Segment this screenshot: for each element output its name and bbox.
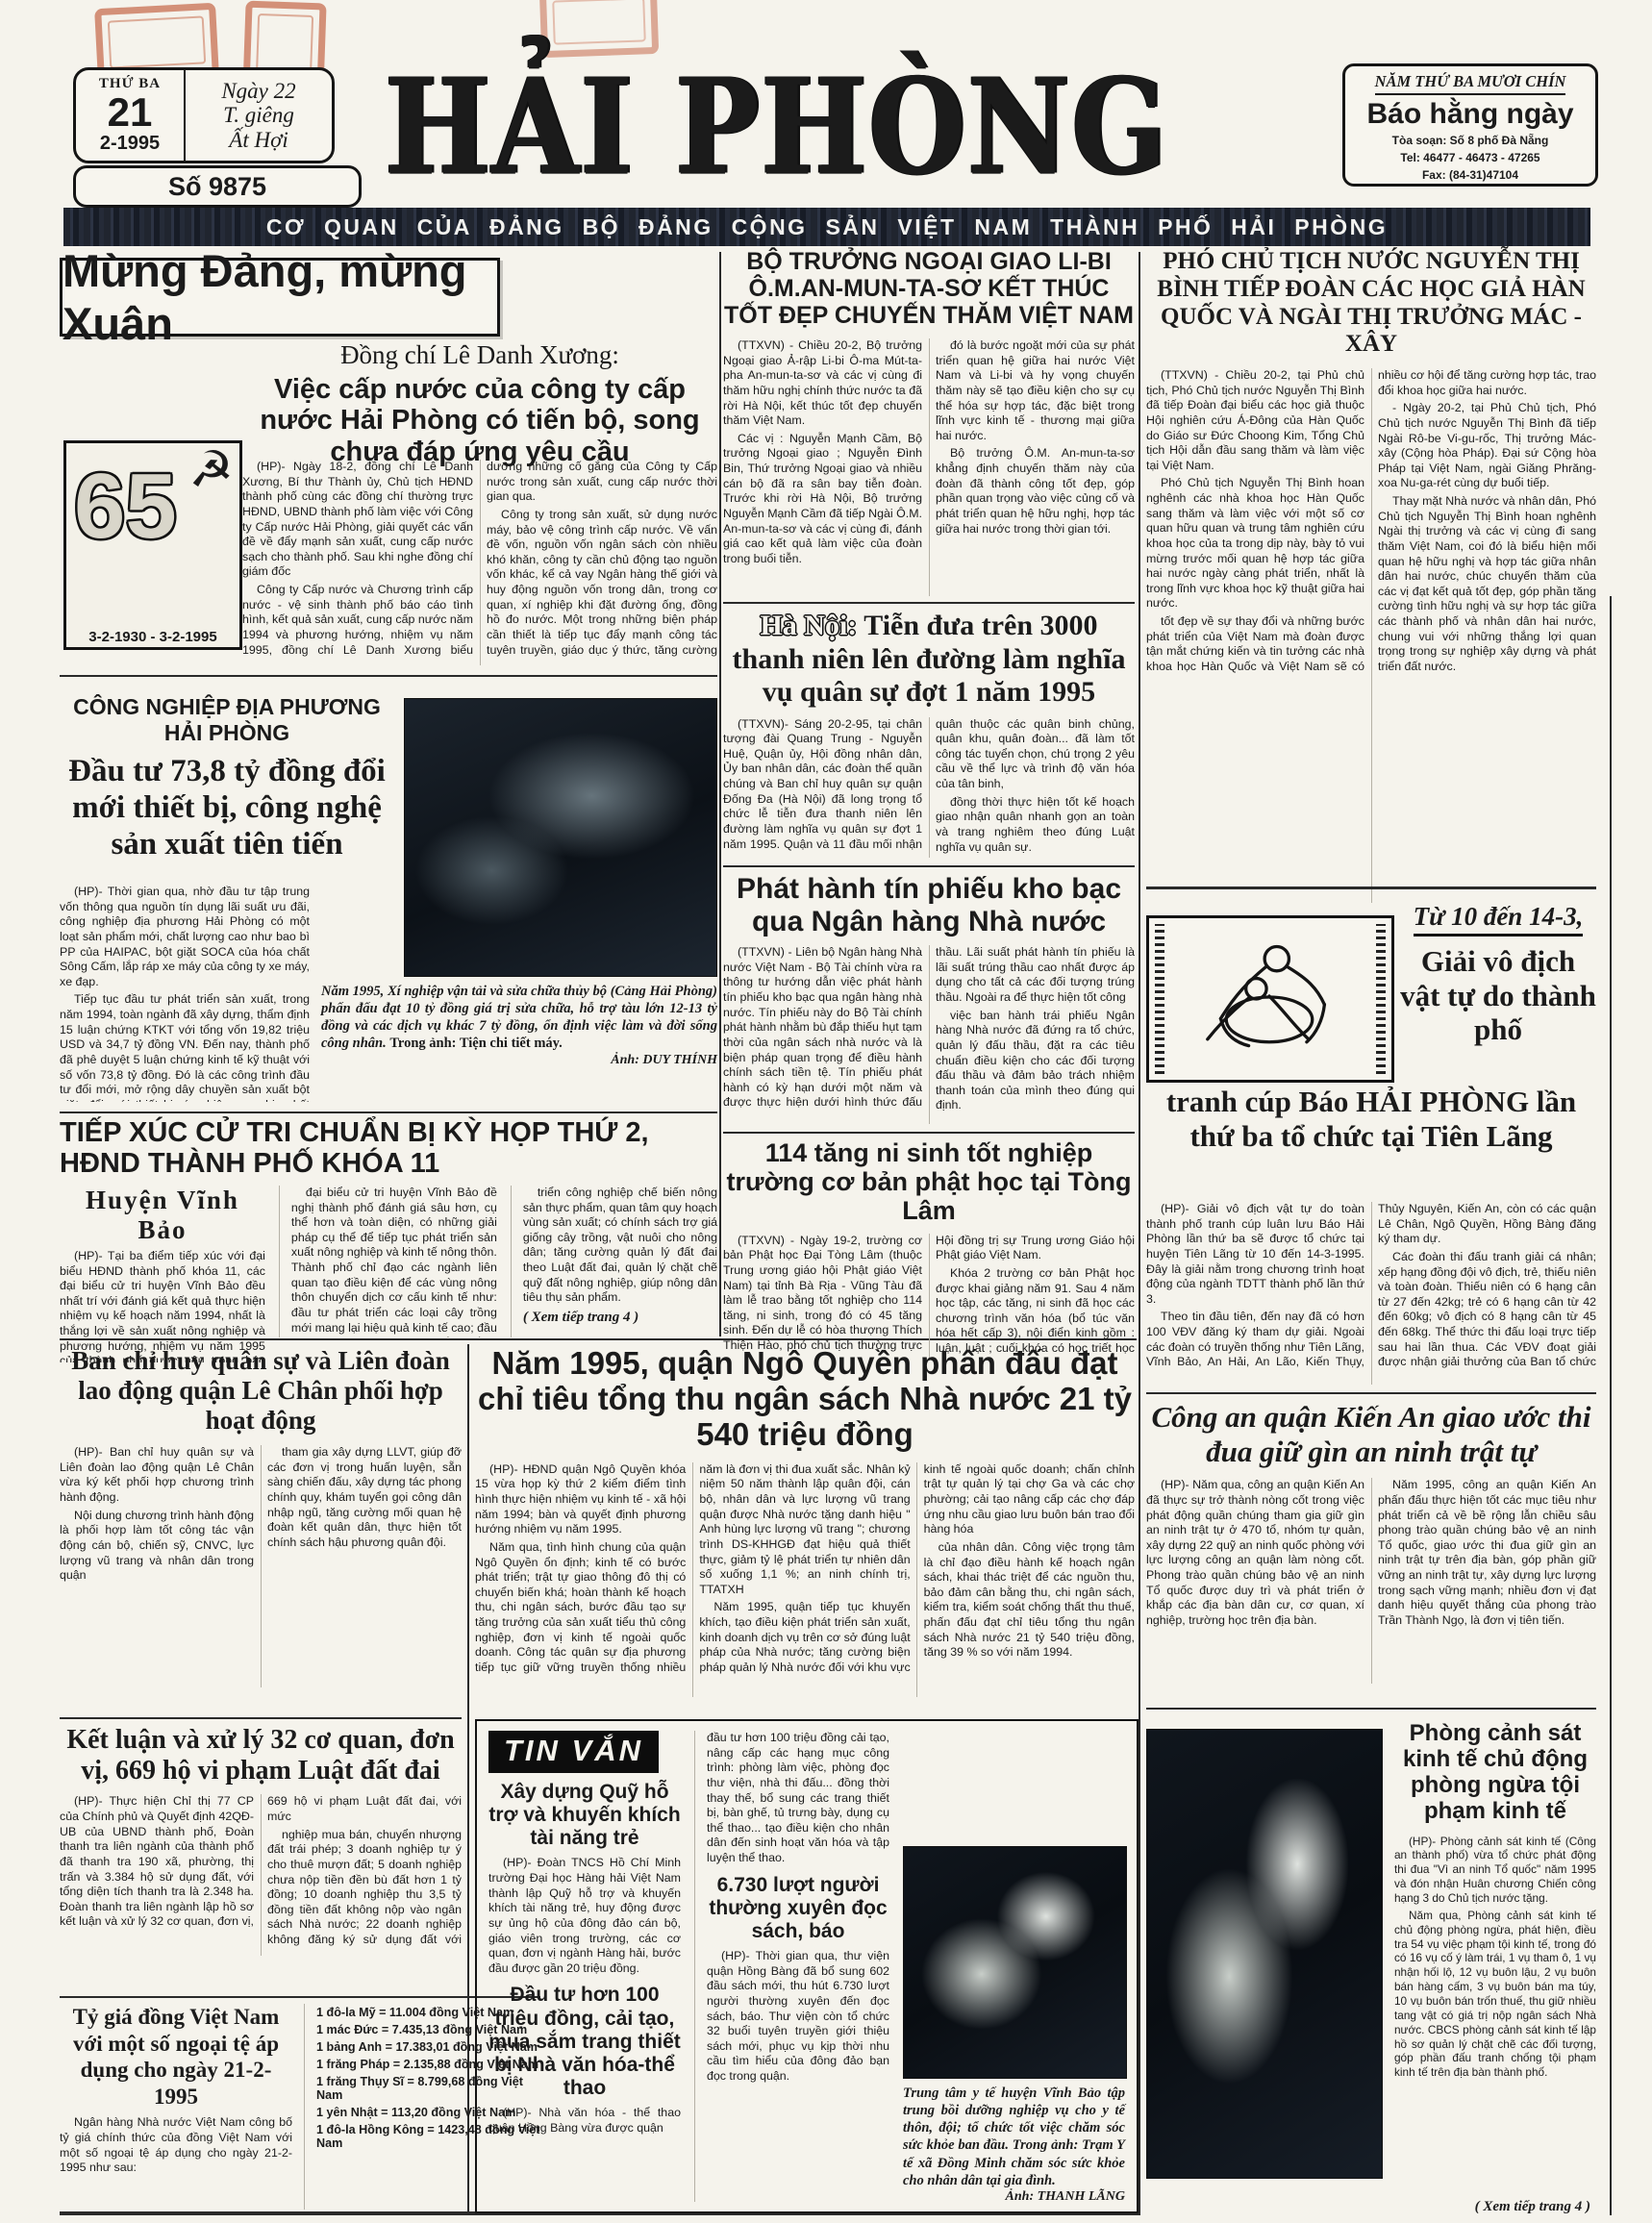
article-buddhist-graduates: 114 tăng ni sinh tốt nghiệp trường cơ bả… bbox=[723, 1138, 1135, 1335]
lunar-line: Ất Hợi bbox=[229, 128, 288, 152]
brief-headline: Xây dựng Quỹ hỗ trợ và khuyến khích tài … bbox=[488, 1781, 681, 1850]
tin-van-label: TIN VẮN bbox=[488, 1731, 659, 1773]
address-line: Tòa soạn: Số 8 phố Đà Nẵng bbox=[1349, 134, 1591, 148]
paragraph: (HP)- Phòng cảnh sát kinh tế (Công an th… bbox=[1394, 1835, 1596, 1906]
article-land-law: Kết luận và xử lý 32 cơ quan, đơn vị, 66… bbox=[60, 1725, 462, 1992]
article-body: (TTXVN) - Liên bộ Ngân hàng Nhà nước Việ… bbox=[723, 945, 1135, 1124]
month-year: 2-1995 bbox=[100, 133, 160, 155]
paragraph: (HP)- Thời gian qua, nhờ đầu tư tập trun… bbox=[60, 885, 310, 989]
police-award-photo bbox=[1146, 1729, 1383, 2179]
headline: BỘ TRƯỞNG NGOẠI GIAO LI-BI Ô.M.AN-MUN-TA… bbox=[723, 248, 1135, 329]
article-body: (HP)- Giải vô địch vật tự do toàn thành … bbox=[1146, 1202, 1596, 1385]
section-rule bbox=[723, 602, 1135, 604]
section-rule bbox=[1146, 1392, 1596, 1394]
paragraph: - Ngày 20-2, tại Phủ Chủ tịch, Phó Chủ t… bbox=[1378, 401, 1596, 491]
article-body: (HP)- Năm qua, công an quận Kiến An đã t… bbox=[1146, 1478, 1596, 1684]
headline-part2: tranh cúp Báo HẢI PHÒNG lần thứ ba tổ ch… bbox=[1146, 1085, 1596, 1153]
article-body: (TTXVN) - Chiều 20-2, tại Phủ chủ tịch, … bbox=[1146, 368, 1596, 903]
paragraph: (HP)- Giải vô địch vật tự do toàn thành … bbox=[1146, 1202, 1364, 1307]
article-body: (HP)- Phòng cảnh sát kinh tế (Công an th… bbox=[1394, 1835, 1596, 2219]
headline-prefix: Hà Nội: bbox=[760, 610, 857, 641]
article-local-industry: CÔNG NGHIỆP ĐỊA PHƯƠNG HẢI PHÒNG Đầu tư … bbox=[60, 685, 717, 1108]
newspaper-front-page: THỨ BA 21 2-1995 Ngày 22 T. giêng Ất Hợi… bbox=[0, 0, 1652, 2223]
headline: Kết luận và xử lý 32 cơ quan, đơn vị, 66… bbox=[60, 1725, 462, 1786]
newspaper-title: HẢI PHÒNG bbox=[385, 50, 1337, 196]
paragraph: (TTXVN) - Chiều 20-2, tại Phủ chủ tịch, … bbox=[1146, 368, 1364, 473]
article-vice-president: PHÓ CHỦ TỊCH NƯỚC NGUYỄN THỊ BÌNH TIẾP Đ… bbox=[1146, 248, 1596, 883]
paragraph: của nhân dân. Công việc trọng tâm là chỉ… bbox=[924, 1540, 1135, 1661]
wrestling-illustration bbox=[1146, 915, 1394, 1083]
section-rule bbox=[60, 675, 717, 677]
paragraph: Tiếp tục đầu tư phát triển sản xuất, tro… bbox=[60, 992, 310, 1102]
brief-headline: 6.730 lượt người thường xuyên đọc sách, … bbox=[707, 1874, 889, 1943]
paragraph: Năm 1995, công an quận Kiến An phấn đấu … bbox=[1378, 1478, 1596, 1628]
fax-line: Fax: (84-31)47104 bbox=[1349, 168, 1591, 183]
badge-number: 65 bbox=[74, 461, 177, 553]
tin-van-box: TIN VẮN Xây dựng Quỹ hỗ trợ và khuyến kh… bbox=[475, 1719, 1139, 2213]
column-rule bbox=[1139, 252, 1140, 2215]
article-body: (TTXVN) - Ngày 19-2, trường cơ bản Phật … bbox=[723, 1234, 1135, 1361]
rates-title: Tỷ giá đồng Việt Nam với một số ngoại tệ… bbox=[60, 2004, 292, 2110]
lunar-line: T. giêng bbox=[223, 103, 294, 127]
column-rule bbox=[719, 252, 721, 1336]
article-body: (HP)- Thực hiện Chỉ thị 77 CP của Chính … bbox=[60, 1794, 462, 1956]
brief-headline: Đầu tư hơn 100 triệu đồng, cải tạo, mua … bbox=[488, 1984, 681, 2100]
article-water-company: Mừng Đảng, mừng Xuân Đồng chí Lê Danh Xư… bbox=[60, 252, 717, 673]
article-voter-meetings: TIẾP XÚC CỬ TRI CHUẨN BỊ KỲ HỌP THỨ 2, H… bbox=[60, 1117, 717, 1336]
paragraph: (HP)- Ban chỉ huy quân sự và Liên đoàn l… bbox=[60, 1445, 254, 1506]
byline: Đồng chí Lê Danh Xương: bbox=[242, 340, 717, 370]
continued-note: ( Xem tiếp trang 4 ) bbox=[523, 1309, 717, 1327]
paragraph: triển công nghiệp chế biến nông sản thực… bbox=[523, 1186, 717, 1306]
paragraph: đầu tư hơn 100 triệu đồng cải tạo, nâng … bbox=[707, 1731, 889, 1866]
headline: TIẾP XÚC CỬ TRI CHUẨN BỊ KỲ HỌP THỨ 2, H… bbox=[60, 1117, 656, 1180]
lunar-line: Ngày 22 bbox=[221, 79, 295, 103]
hammer-sickle-icon: ☭ bbox=[188, 445, 234, 495]
article-kien-an-police: Công an quận Kiến An giao ước thi đua gi… bbox=[1146, 1400, 1596, 1704]
article-le-chan-military: Ban chỉ huy quân sự và Liên đoàn lao độn… bbox=[60, 1346, 462, 1713]
headline-text: Mừng Đảng, mừng Xuân bbox=[63, 244, 497, 350]
article-military-service: Hà Nội: Tiễn đưa trên 3000 thanh niên lê… bbox=[723, 610, 1135, 862]
calendar-lunar: Ngày 22 T. giêng Ất Hợi bbox=[186, 70, 332, 161]
headline: 114 tăng ni sinh tốt nghiệp trường cơ bả… bbox=[723, 1138, 1135, 1226]
headline: Hà Nội: Tiễn đưa trên 3000 thanh niên lê… bbox=[723, 610, 1135, 710]
organ-banner-text: CƠ QUAN CỦA ĐẢNG BỘ ĐẢNG CỘNG SẢN VIỆT N… bbox=[266, 214, 1388, 240]
tin-van-col2: đầu tư hơn 100 triệu đồng cải tạo, nâng … bbox=[694, 1731, 889, 2202]
subheadline: Việc cấp nước của công ty cấp nước Hải P… bbox=[242, 374, 717, 467]
paragraph: (HP)- Ngày 18-2, đồng chí Lê Danh Xương,… bbox=[242, 460, 473, 580]
party-65th-anniversary-badge: 65 ☭ 3-2-1930 - 3-2-1995 bbox=[63, 440, 242, 650]
headline: Phát hành tín phiếu kho bạc qua Ngân hàn… bbox=[723, 873, 1135, 937]
paragraph: (HP)- HĐND quận Ngô Quyền khóa 15 vừa họ… bbox=[475, 1462, 686, 1537]
day-number: 21 bbox=[108, 92, 153, 133]
section-rule bbox=[723, 865, 1135, 867]
paragraph: đại biểu cử tri huyện Vĩnh Bảo đề nghị t… bbox=[291, 1186, 497, 1337]
issue-number: Số 9875 bbox=[168, 172, 266, 202]
headline: Phòng cảnh sát kinh tế chủ động phòng ng… bbox=[1394, 1721, 1596, 1825]
article-treasury-bills: Phát hành tín phiếu kho bạc qua Ngân hàn… bbox=[723, 873, 1135, 1129]
paragraph: Nội dung chương trình hành động là phối … bbox=[60, 1509, 254, 1584]
paragraph: Các vị : Nguyễn Mạnh Cầm, Bộ trưởng Ngoạ… bbox=[723, 432, 922, 567]
paragraph: Thay mặt Nhà nước và nhân dân, Phó Chủ t… bbox=[1378, 494, 1596, 675]
section-rule bbox=[1146, 1708, 1596, 1710]
headline: Ban chỉ huy quân sự và Liên đoàn lao độn… bbox=[60, 1346, 462, 1436]
lathe-worker-photo bbox=[404, 698, 717, 977]
paragraph: Phó Chủ tịch Nguyễn Thị Bình hoan nghênh… bbox=[1146, 476, 1364, 612]
section-rule bbox=[60, 1717, 462, 1719]
section-rule bbox=[723, 1132, 1135, 1134]
paragraph: tham gia xây dựng LLVT, giúp đỡ các đơn … bbox=[267, 1445, 462, 1550]
paragraph: (HP)- Đoàn TNCS Hồ Chí Minh trường Đại h… bbox=[488, 1856, 681, 1976]
masthead-info-box: NĂM THỨ BA MƯƠI CHÍN Báo hằng ngày Tòa s… bbox=[1342, 63, 1598, 187]
headline-part1: Giải vô địch vật tự do thành phố bbox=[1400, 944, 1596, 1047]
health-station-photo bbox=[903, 1846, 1127, 2079]
photo-caption: Năm 1995, Xí nghiệp vận tải và sửa chữa … bbox=[321, 983, 717, 1053]
issue-number-box: Số 9875 bbox=[73, 165, 362, 208]
subheadline: Huyện Vĩnh Bảo bbox=[60, 1186, 265, 1245]
continued-note: ( Xem tiếp trang 4 ) bbox=[1475, 2199, 1590, 2215]
paragraph: (HP)- Nhà văn hóa - thể thao quận Hồng B… bbox=[488, 2106, 681, 2136]
section-rule bbox=[1146, 887, 1596, 889]
tin-van-col1: TIN VẮN Xây dựng Quỹ hỗ trợ và khuyến kh… bbox=[488, 1731, 681, 2202]
headline: Năm 1995, quận Ngô Quyền phấn đấu đạt ch… bbox=[475, 1346, 1135, 1453]
caption-note: Trong ảnh: Tiện chi tiết máy. bbox=[389, 1036, 562, 1051]
section-rule bbox=[60, 1111, 717, 1113]
photo-credit: Ảnh: DUY THÍNH bbox=[321, 1053, 717, 1068]
article-body: (HP)- HĐND quận Ngô Quyền khóa 15 vừa họ… bbox=[475, 1462, 1135, 1697]
exchange-rates: Tỷ giá đồng Việt Nam với một số ngoại tệ… bbox=[60, 2004, 540, 2210]
article-economic-police: Phòng cảnh sát kinh tế chủ động phòng ng… bbox=[1146, 1715, 1596, 2215]
article-wrestling-cup: Từ 10 đến 14-3, Giải vô địch vật tự do t… bbox=[1146, 894, 1596, 1388]
paragraph: đồng thời thực hiện tốt kế hoạch giao nh… bbox=[936, 795, 1135, 856]
organ-banner: CƠ QUAN CỦA ĐẢNG BỘ ĐẢNG CỘNG SẢN VIỆT N… bbox=[63, 208, 1590, 246]
headline: Công an quận Kiến An giao ước thi đua gi… bbox=[1146, 1400, 1596, 1468]
badge-dates: 3-2-1930 - 3-2-1995 bbox=[66, 629, 239, 645]
paragraph: (HP)- Năm qua, công an quận Kiến An đã t… bbox=[1146, 1478, 1364, 1628]
daily-label: Báo hằng ngày bbox=[1349, 98, 1591, 131]
article-body: (HP)- Ngày 18-2, đồng chí Lê Danh Xương,… bbox=[242, 460, 717, 665]
article-ngo-quyen-budget: Năm 1995, quận Ngô Quyền phấn đấu đạt ch… bbox=[475, 1346, 1135, 1713]
paragraph: việc ban hành trái phiếu Ngân hàng Nhà n… bbox=[936, 1009, 1135, 1113]
kicker: CÔNG NGHIỆP ĐỊA PHƯƠNG HẢI PHÒNG bbox=[60, 694, 394, 746]
headline: Đầu tư 73,8 tỷ đồng đổi mới thiết bị, cô… bbox=[60, 754, 394, 863]
photo-credit: Ảnh: THANH LÃNG bbox=[903, 2189, 1125, 2205]
headline-mung-dang: Mừng Đảng, mừng Xuân bbox=[60, 258, 500, 337]
article-body: (HP)- Thời gian qua, nhờ đầu tư tập trun… bbox=[60, 885, 310, 1102]
calendar-solar: THỨ BA 21 2-1995 bbox=[76, 70, 186, 161]
section-rule bbox=[60, 1996, 540, 1998]
paragraph: (TTXVN) - Chiều 20-2, Bộ trưởng Ngoại gi… bbox=[723, 338, 922, 429]
article-body: (TTXVN) - Chiều 20-2, Bộ trưởng Ngoại gi… bbox=[723, 338, 1135, 596]
paragraph: Năm qua, Phòng cảnh sát kinh tế chủ động… bbox=[1394, 1909, 1596, 2080]
paragraph: (HP)- Thời gian qua, thư viện quận Hồng … bbox=[707, 1949, 889, 2085]
paragraph: Bộ trưởng Ô.M. An-mun-ta-sơ khẳng định c… bbox=[936, 446, 1135, 537]
article-libya-minister: BỘ TRƯỞNG NGOẠI GIAO LI-BI Ô.M.AN-MUN-TA… bbox=[723, 248, 1135, 600]
tin-van-photo-area: Trung tâm y tế huyện Vĩnh Bảo tập trung … bbox=[903, 1731, 1125, 2202]
rates-intro: Ngân hàng Nhà nước Việt Nam công bố tỷ g… bbox=[60, 2115, 292, 2176]
tel-line: Tel: 46477 - 46473 - 47265 bbox=[1349, 151, 1591, 165]
calendar-box: THỨ BA 21 2-1995 Ngày 22 T. giêng Ất Hợi bbox=[73, 67, 335, 163]
headline: PHÓ CHỦ TỊCH NƯỚC NGUYỄN THỊ BÌNH TIẾP Đ… bbox=[1146, 248, 1596, 359]
article-body: (HP)- Ban chỉ huy quân sự và Liên đoàn l… bbox=[60, 1445, 462, 1687]
article-body: (TTXVN)- Sáng 20-2-95, tại chân tượng đà… bbox=[723, 717, 1135, 858]
date-kicker: Từ 10 đến 14-3, bbox=[1414, 902, 1584, 937]
year-label: NĂM THỨ BA MƯƠI CHÍN bbox=[1375, 72, 1566, 95]
page-edge-rule bbox=[1610, 596, 1612, 2215]
paragraph: đó là bước ngoặt mới của sự phát triển q… bbox=[936, 338, 1135, 443]
photo-caption: Trung tâm y tế huyện Vĩnh Bảo tập trung … bbox=[903, 2086, 1125, 2188]
